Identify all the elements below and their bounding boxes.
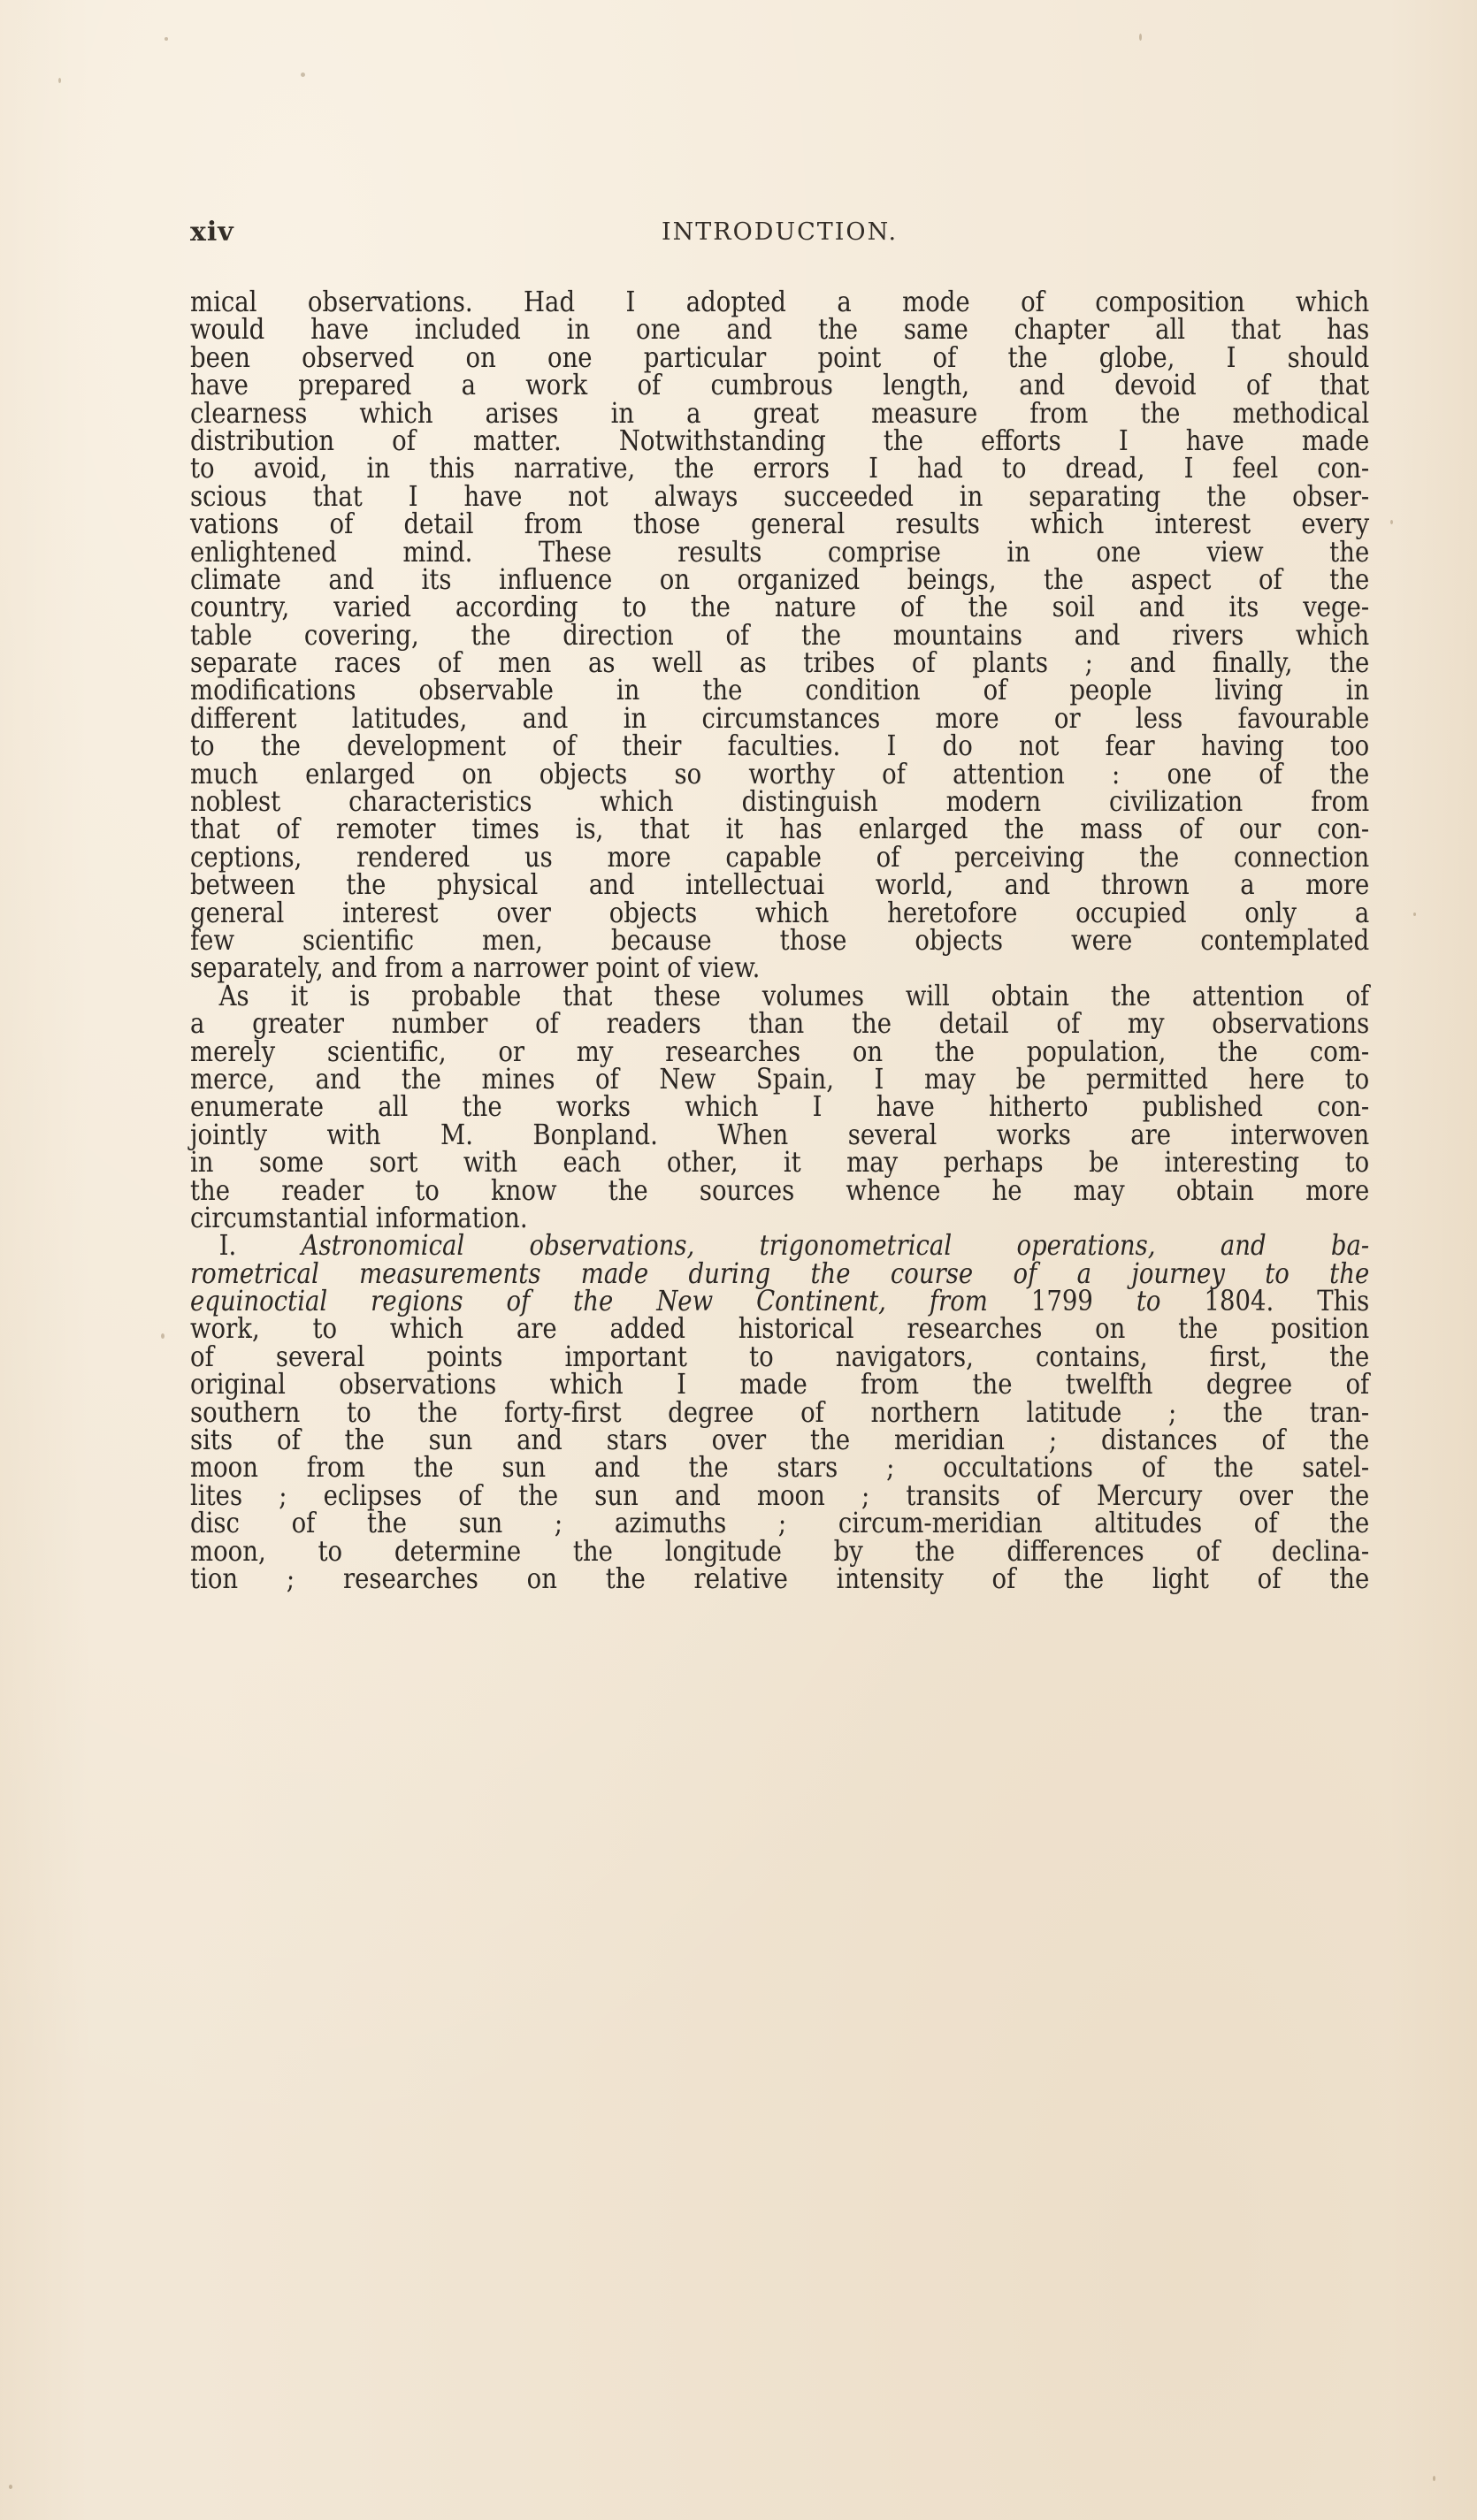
- paper-speck: [58, 78, 61, 83]
- paper-speck: [1139, 34, 1142, 41]
- paper-speck: [1433, 2476, 1435, 2481]
- book-page: xiv INTRODUCTION. mical observations. Ha…: [0, 0, 1477, 2520]
- text-line: tion ; researches on the relative intens…: [190, 1565, 1369, 1592]
- page-header: xiv INTRODUCTION.: [190, 217, 1369, 252]
- body-text: mical observations. Had I adopted a mode…: [190, 288, 1369, 1592]
- paper-speck: [1390, 520, 1393, 524]
- paper-speck: [301, 73, 305, 77]
- running-head: INTRODUCTION.: [190, 218, 1369, 246]
- paper-speck: [1413, 913, 1416, 916]
- paper-speck: [161, 1333, 165, 1339]
- paper-speck: [9, 2485, 12, 2489]
- paper-speck: [165, 37, 168, 41]
